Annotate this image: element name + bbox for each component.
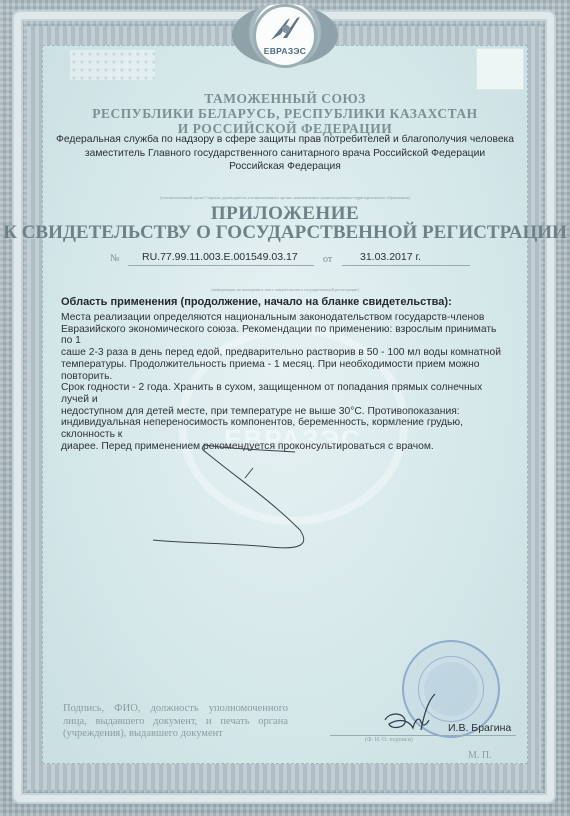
content-line: саше 2-3 раза в день перед едой, предвар… [61,347,509,359]
number-underline [128,265,314,266]
section-title: Область применения (продолжение, начало … [61,296,509,309]
seal-place-label: М. П. [468,750,492,761]
authority-line-3: Российская Федерация [0,161,570,172]
content-line: Евразийского экономического союза. Реком… [61,324,509,347]
eurasec-logo: ЕВРАЗЭС [232,4,338,66]
hologram-right [476,48,524,90]
fio-caption: (Ф. И. О. подписи) [365,737,413,743]
document-subtitle: К СВИДЕТЕЛЬСТВУ О ГОСУДАРСТВЕННОЙ РЕГИСТ… [0,222,570,244]
info-caption: (информация, не вошедшая в текст свидете… [0,287,570,292]
signature-label: Подпись, ФИО, должность уполномоченного … [63,703,288,741]
content-line: Места реализации определяются национальн… [61,312,509,324]
eurasec-emblem-icon [267,14,303,44]
union-heading-line-2: РЕСПУБЛИКИ БЕЛАРУСЬ, РЕСПУБЛИКИ КАЗАХСТА… [0,106,570,122]
content-line: температуры. Продолжительность приема - … [61,359,509,382]
number-label: № [110,253,120,264]
union-heading-line-1: ТАМОЖЕННЫЙ СОЮЗ [0,91,570,107]
signature-underline [330,735,516,736]
registration-line: № RU.77.99.11.003.E.001549.03.17 от 31.0… [110,250,470,268]
registration-date: 31.03.2017 г. [360,251,421,263]
date-label: от [323,254,332,265]
content-line: недоступном для детей месте, при темпера… [61,406,509,418]
authority-line-1: Федеральная служба по надзору в сфере за… [0,134,570,145]
registration-number: RU.77.99.11.003.E.001549.03.17 [142,251,298,263]
hologram-left [70,50,155,80]
content-line: Срок годности - 2 года. Хранить в сухом,… [61,382,509,405]
blank-space-z-line [150,430,340,550]
content-block: Область применения (продолжение, начало … [61,296,509,452]
authority-line-2: заместитель Главного государственного са… [0,148,570,159]
authority-caption: (уполномоченный орган Стороны, руководит… [0,195,570,200]
logo-label: ЕВРАЗЭС [232,46,338,56]
date-underline [342,265,470,266]
handwritten-signature-icon [381,690,443,738]
signer-name: И.В. Брагина [448,722,511,734]
